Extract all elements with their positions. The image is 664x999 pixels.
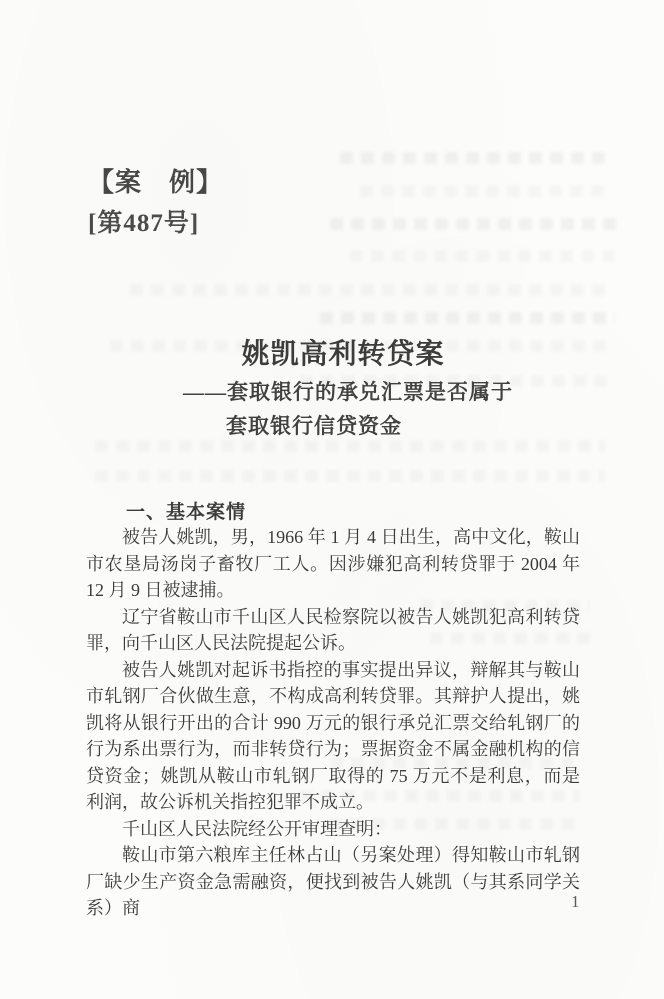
case-number: [第487号]	[88, 203, 199, 239]
section-heading: 一、基本案情	[126, 497, 246, 524]
page-number: 1	[571, 892, 580, 912]
document-page: 【案 例】 [第487号] 姚凯高利转贷案 ——套取银行的承兑汇票是否属于 套取…	[0, 0, 664, 999]
body-paragraph: 辽宁省鞍山市千山区人民检察院以被告人姚凯犯高利转贷罪，向千山区人民法院提起公诉。	[86, 604, 580, 657]
case-label: 【案 例】	[88, 162, 223, 199]
body-paragraph: 鞍山市第六粮库主任林占山（另案处理）得知鞍山市轧钢厂缺少生产资金急需融资，便找到…	[86, 842, 580, 922]
body-paragraph: 被告人姚凯对起诉书指控的事实提出异议，辩解其与鞍山市轧钢厂合伙做生意，不构成高利…	[86, 657, 580, 816]
body-paragraph: 千山区人民法院经公开审理查明：	[86, 816, 580, 843]
body-paragraph: 被告人姚凯，男，1966 年 1 月 4 日出生，高中文化，鞍山市农垦局汤岗子畜…	[86, 524, 580, 604]
case-subtitle-line1: ——套取银行的承兑汇票是否属于	[100, 379, 596, 406]
case-title: 姚凯高利转贷案	[95, 338, 591, 372]
case-subtitle-line2: 套取银行信贷资金	[66, 413, 562, 440]
body-text: 被告人姚凯，男，1966 年 1 月 4 日出生，高中文化，鞍山市农垦局汤岗子畜…	[86, 524, 580, 922]
